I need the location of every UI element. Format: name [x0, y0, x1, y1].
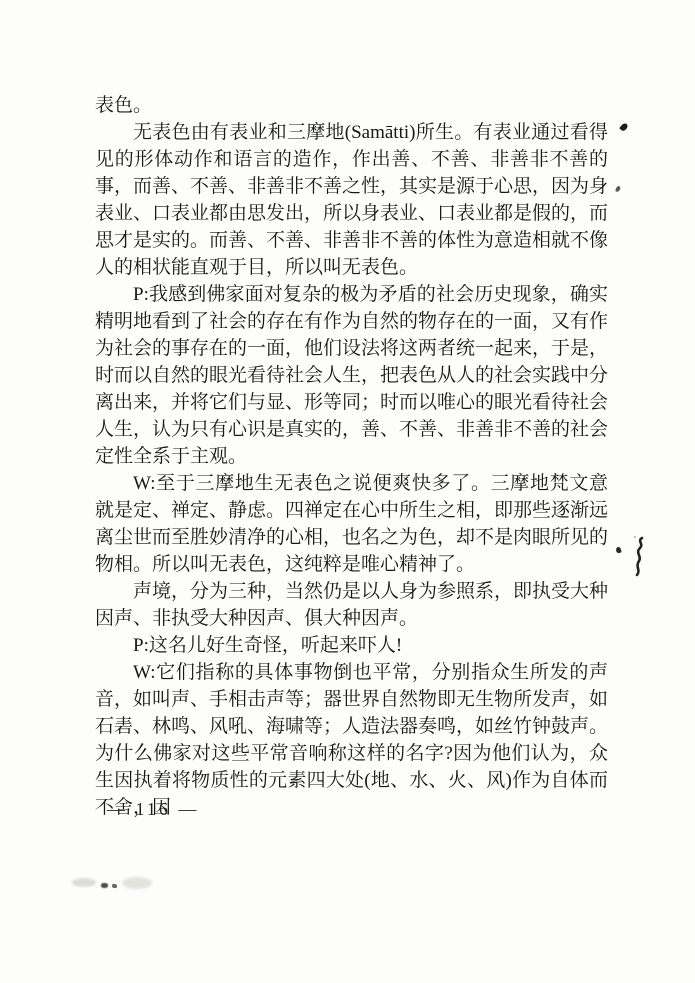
- text-block: 表色。 无表色由有表业和三摩地(Samātti)所生。有表业通过看得见的形体动作…: [95, 92, 608, 821]
- ink-dot-mark: [615, 546, 621, 553]
- pen-squiggle-mark: [626, 534, 652, 584]
- paragraph-shengjing: 声境，分为三种，当然仍是以人身为参照系，即执受大种因声、非执受大种因声、俱大种因…: [95, 578, 608, 632]
- faint-smudge-mark: [72, 878, 96, 887]
- paragraph-dialogue-p2: P:这名儿好生奇怪，听起来吓人!: [95, 632, 608, 659]
- paragraph-continuation: 表色。: [95, 92, 608, 119]
- ink-speck-mark: [619, 122, 629, 132]
- paragraph-dialogue-w2: W:它们指称的具体事物倒也平常，分别指众生所发的声音，如叫声、手相击声等；器世界…: [95, 659, 608, 821]
- paragraph-dialogue-w1: W:至于三摩地生无表色之说便爽快多了。三摩地梵文意就是定、禅定、静虑。四禅定在心…: [95, 470, 608, 578]
- ink-speck-mark: [112, 884, 118, 889]
- page-number: — 116 —: [107, 799, 199, 820]
- book-page: 表色。 无表色由有表业和三摩地(Samātti)所生。有表业通过看得见的形体动作…: [0, 0, 695, 983]
- ink-speck-mark: [101, 883, 108, 888]
- paragraph-wubiaose: 无表色由有表业和三摩地(Samātti)所生。有表业通过看得见的形体动作和语言的…: [95, 119, 608, 281]
- faint-smudge-mark: [122, 877, 152, 889]
- ink-speck-mark: [615, 185, 621, 192]
- paragraph-dialogue-p1: P:我感到佛家面对复杂的极为矛盾的社会历史现象，确实精明地看到了社会的存在有作为…: [95, 281, 608, 470]
